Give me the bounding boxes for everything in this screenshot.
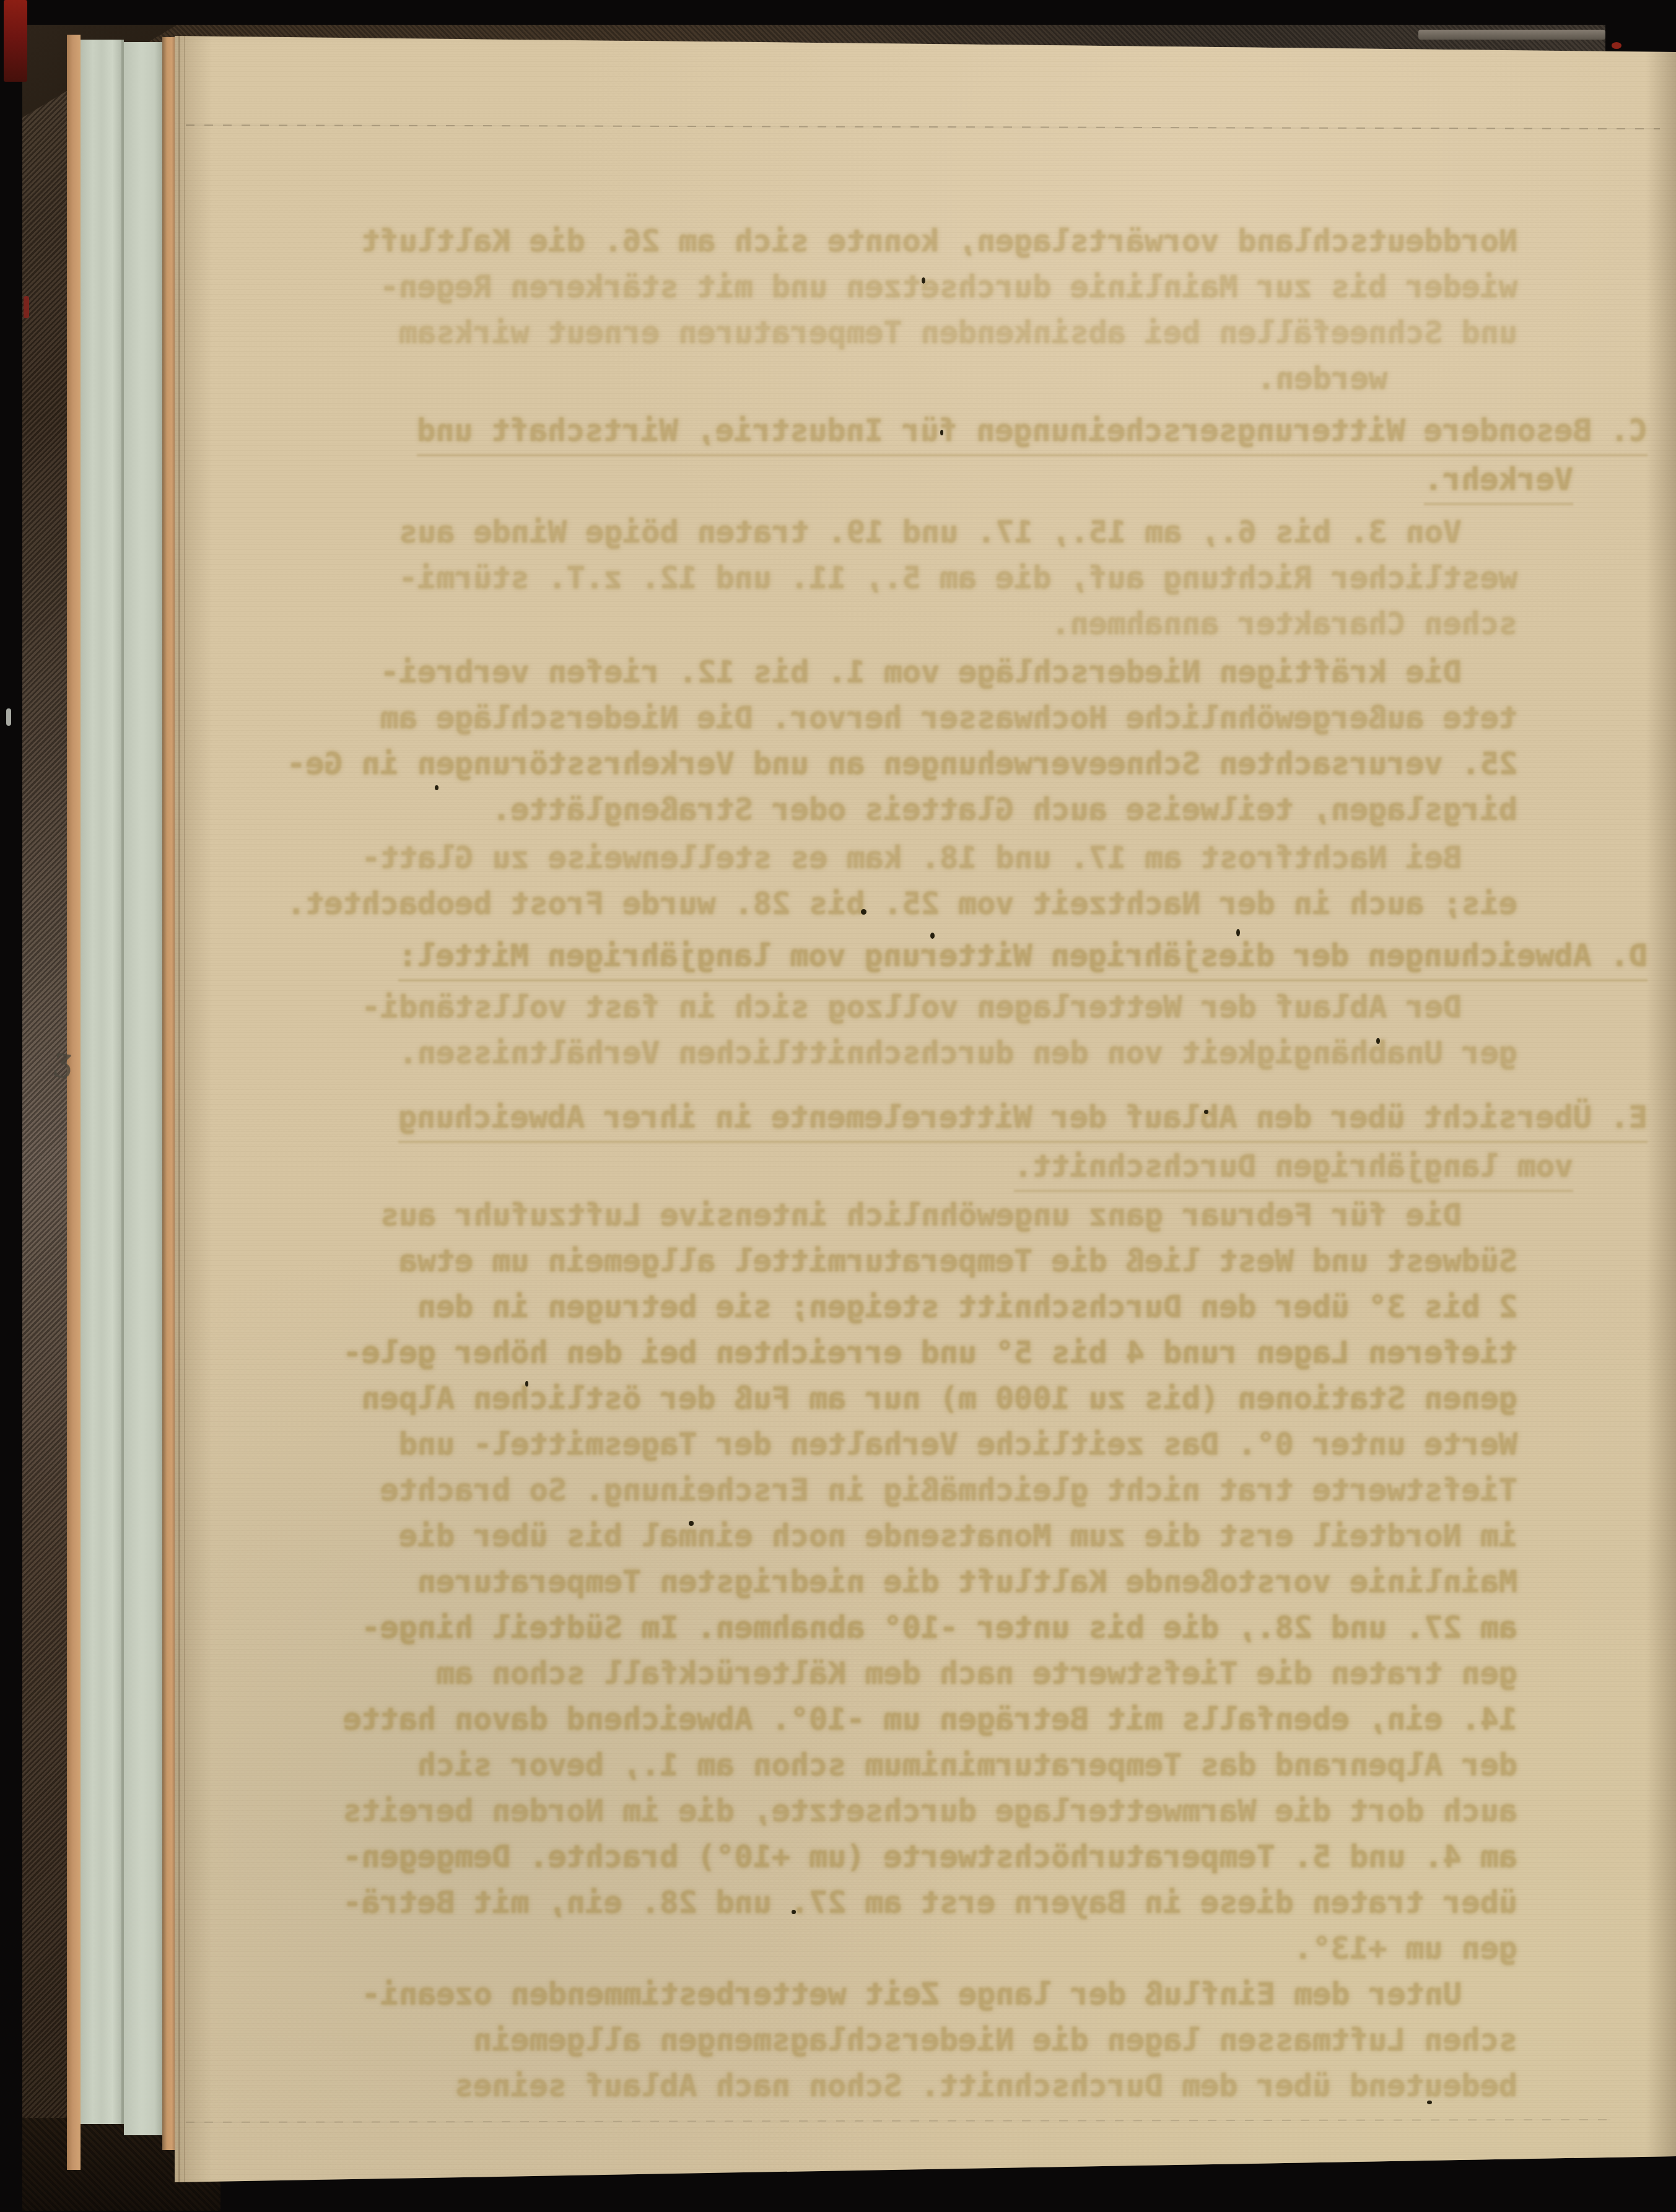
bleed-text-line: Südwest und West ließ die Temperaturmitt… bbox=[310, 1238, 1648, 1284]
bleed-text-line: 2 bis 3° über den Durchschnitt steigen; … bbox=[310, 1284, 1648, 1330]
bleed-text-line: Werte unter 0°. Das zeitliche Verhalten … bbox=[310, 1421, 1648, 1467]
red-binding-mark bbox=[4, 0, 27, 82]
gutter-crease-line-1 bbox=[178, 36, 180, 2182]
ink-speck bbox=[689, 1521, 694, 1526]
ink-speck bbox=[1427, 2101, 1432, 2104]
bleed-text-line: über traten diese in Bayern erst am 27. … bbox=[310, 1879, 1648, 1925]
bleed-text-line: Norddeutschland vorwärtslagen, konnte si… bbox=[310, 218, 1648, 264]
book-cover-top-highlight bbox=[1418, 30, 1605, 40]
bleed-text-line: Unter dem Einfluß der lange Zeit wetterb… bbox=[310, 1971, 1648, 2017]
bleed-text-line: gen um +13°. bbox=[310, 1925, 1648, 1971]
ink-speck bbox=[930, 933, 935, 939]
bleed-text-line: Bei Nachtfrost am 17. und 18. kam es ste… bbox=[310, 835, 1648, 881]
bleed-text-block: Norddeutschland vorwärtslagen, konnte si… bbox=[310, 218, 1648, 2109]
book-cover-left-edge bbox=[22, 26, 68, 2202]
bleed-text-line: vom langjährigen Durchschnitt. bbox=[310, 1143, 1648, 1192]
page-edge-orange-1 bbox=[67, 35, 81, 2170]
ink-speck bbox=[1236, 929, 1240, 936]
ink-speck bbox=[861, 909, 866, 915]
ink-speck bbox=[525, 1381, 528, 1387]
bleed-text-line: westlicher Richtung auf, die am 5., 11. … bbox=[310, 555, 1648, 601]
bleed-text-line: auch dort die Warmwetterlage durchsetzte… bbox=[310, 1788, 1648, 1834]
bleed-text-line: tete außergewöhnliche Hochwasser hervor.… bbox=[310, 695, 1648, 741]
page-edge-green-1 bbox=[81, 40, 124, 2124]
ink-speck bbox=[1204, 1110, 1208, 1114]
page-edge-green-2 bbox=[124, 42, 162, 2135]
red-speck-icon bbox=[1612, 42, 1621, 49]
bleed-text-line: und Schneefällen bei absinkenden Tempera… bbox=[310, 310, 1648, 355]
bleed-text-line: eis; auch in der Nachtzeit vom 25. bis 2… bbox=[310, 881, 1648, 926]
ink-speck bbox=[435, 785, 439, 790]
bleed-text-line: wieder bis zur Mainlinie durchsetzen und… bbox=[310, 264, 1648, 310]
bleed-text-line: Der Ablauf der Wetterlagen vollzog sich … bbox=[310, 984, 1648, 1030]
bleed-text-line: im Nordteil erst die zum Monatsende noch… bbox=[310, 1513, 1648, 1559]
gutter-crease-line-2 bbox=[184, 36, 185, 2182]
ink-speck bbox=[1376, 1038, 1380, 1044]
bleed-text-line: 14. ein, ebenfalls mit Beträgen um -10°.… bbox=[310, 1696, 1648, 1742]
bleed-text-line: Tiefstwerte trat nicht gleichmäßig in Er… bbox=[310, 1467, 1648, 1513]
ink-speck bbox=[940, 430, 943, 435]
white-fleck bbox=[6, 708, 11, 726]
ink-speck bbox=[792, 1910, 796, 1914]
red-fleck bbox=[24, 296, 29, 318]
bleed-text-line: tieferen Lagen rund 4 bis 5° und erreich… bbox=[310, 1330, 1648, 1375]
ink-speck bbox=[922, 277, 925, 284]
bleed-text-line: schen Charakter annahmen. bbox=[310, 601, 1648, 647]
bleed-text-line: am 27. und 28., die bis unter -10° abnah… bbox=[310, 1605, 1648, 1650]
bleed-text-line: schen Luftmassen lagen die Niederschlags… bbox=[310, 2017, 1648, 2063]
bleed-text-line: Mainlinie vorstoßende Kaltluft die niedr… bbox=[310, 1559, 1648, 1605]
bleed-text-line: ger Unabhängigkeit von den durchschnittl… bbox=[310, 1030, 1648, 1076]
bleed-text-line: Verkehr. bbox=[310, 456, 1648, 505]
bleed-text-line: birgslagen, teilweise auch Glatteis oder… bbox=[310, 786, 1648, 832]
bleed-text-line: D. Abweichungen der diesjährigen Witteru… bbox=[310, 933, 1648, 982]
bleed-text-line: E. Übersicht über den Ablauf der Wittere… bbox=[310, 1094, 1648, 1143]
bleed-text-line: gen traten die Tiefstwerte nach dem Kält… bbox=[310, 1650, 1648, 1696]
bleed-text-line: bedeutend über dem Durchschnitt. Schon n… bbox=[310, 2063, 1648, 2109]
bleed-text-line: Die für Februar ganz ungewöhnlich intens… bbox=[310, 1192, 1648, 1238]
scanned-book-page: Norddeutschland vorwärtslagen, konnte si… bbox=[0, 0, 1676, 2212]
bleed-text-line: genen Stationen (bis zu 1000 m) nur am F… bbox=[310, 1375, 1648, 1421]
bleed-text-line: am 4. und 5. Temperaturhöchstwerte (um +… bbox=[310, 1834, 1648, 1879]
bleed-text-line: Von 3. bis 6., am 15., 17. und 19. trate… bbox=[310, 509, 1648, 555]
bleed-text-line: Die kräftigen Niederschläge vom 1. bis 1… bbox=[310, 649, 1648, 695]
page-edge-orange-2 bbox=[162, 37, 176, 2150]
bleed-text-line: 25. verursachten Schneeverwehungen an un… bbox=[310, 741, 1648, 786]
bleed-text-line: werden. bbox=[310, 355, 1648, 401]
bleed-text-line: C. Besondere Witterungserscheinungen für… bbox=[310, 407, 1648, 456]
bleed-text-line: der Alpenrand das Temperaturminimum scho… bbox=[310, 1742, 1648, 1788]
